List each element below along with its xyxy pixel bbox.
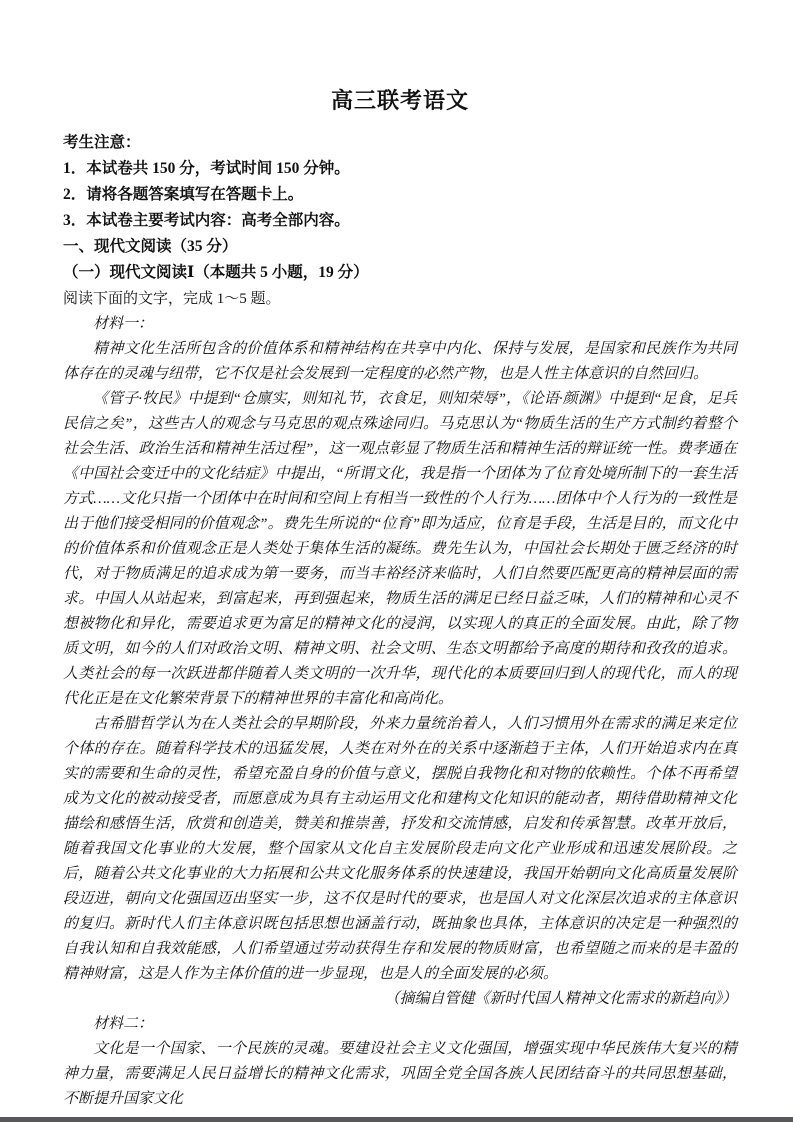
notice-item-3: 3．本试卷主要考试内容：高考全部内容。 <box>63 208 737 234</box>
page-title: 高三联考语文 <box>63 0 737 116</box>
materials-block: 材料一： 精神文化生活所包含的价值体系和精神结构在共享中内化、保持与发展，是国家… <box>63 312 737 1112</box>
header-block: 考生注意： 1．本试卷共 150 分，考试时间 150 分钟。 2．请将各题答案… <box>63 130 737 312</box>
subsection-heading: （一）现代文阅读Ⅰ（本题共 5 小题，19 分） <box>63 260 737 286</box>
notice-heading: 考生注意： <box>63 130 737 156</box>
material-2-paragraph-1: 文化是一个国家、一个民族的灵魂。要建设社会主义文化强国，增强实现中华民族伟大复兴… <box>63 1037 737 1112</box>
material-2-label: 材料二： <box>63 1012 737 1037</box>
exam-paper-page: 高三联考语文 考生注意： 1．本试卷共 150 分，考试时间 150 分钟。 2… <box>0 0 793 1122</box>
material-1-attribution: （摘编自管健《新时代国人精神文化需求的新趋向》） <box>63 987 737 1012</box>
material-1-label: 材料一： <box>63 312 737 337</box>
material-1-paragraph-3: 古希腊哲学认为在人类社会的早期阶段，外来力量统治着人，人们习惯用外在需求的满足来… <box>63 712 737 987</box>
notice-item-2: 2．请将各题答案填写在答题卡上。 <box>63 182 737 208</box>
material-1-paragraph-1: 精神文化生活所包含的价值体系和精神结构在共享中内化、保持与发展，是国家和民族作为… <box>63 337 737 387</box>
material-1-paragraph-2: 《管子·牧民》中提到“仓廪实，则知礼节，衣食足，则知荣辱”，《论语·颜渊》中提到… <box>63 387 737 712</box>
notice-item-1: 1．本试卷共 150 分，考试时间 150 分钟。 <box>63 156 737 182</box>
page-bottom-divider <box>0 1117 793 1122</box>
section-heading: 一、现代文阅读（35 分） <box>63 234 737 260</box>
reading-instruction: 阅读下面的文字，完成 1～5 题。 <box>63 286 737 312</box>
page-content: 高三联考语文 考生注意： 1．本试卷共 150 分，考试时间 150 分钟。 2… <box>0 0 793 1112</box>
